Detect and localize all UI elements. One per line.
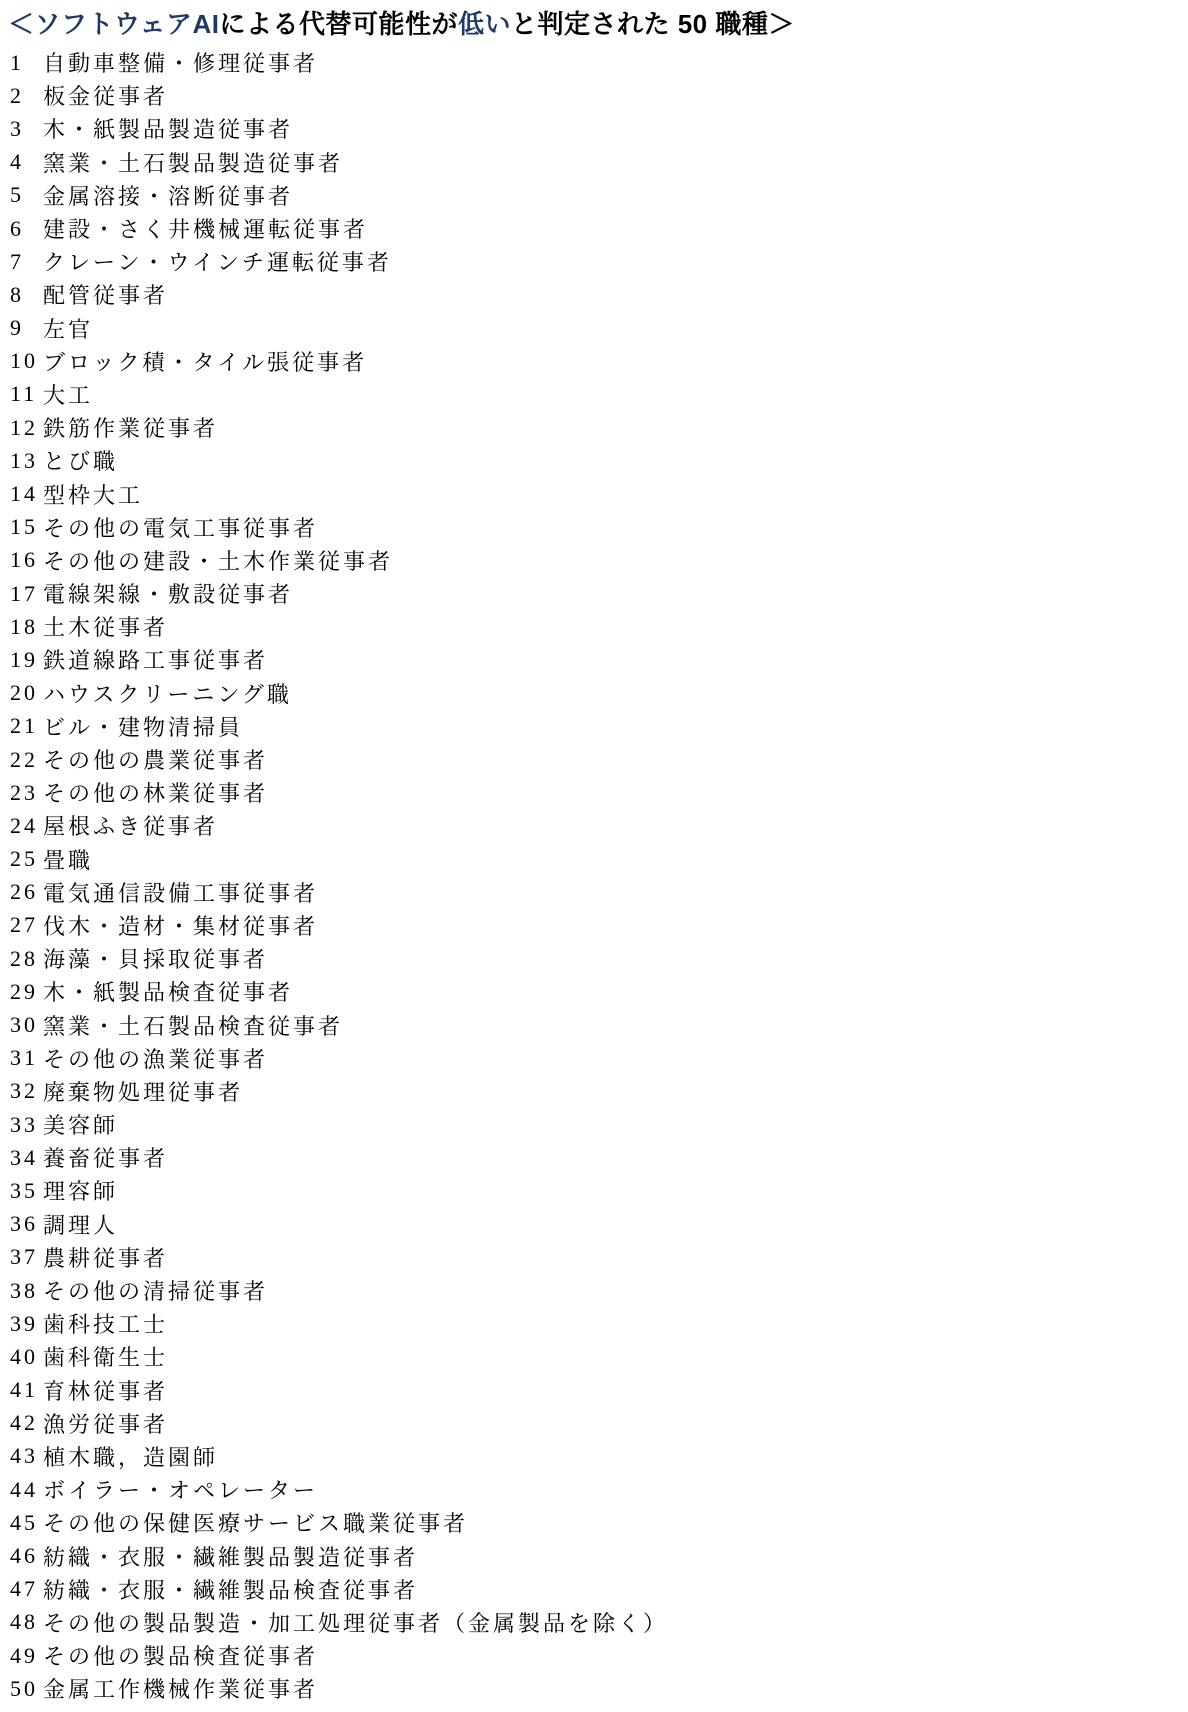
list-item: 9 左官 (8, 312, 1188, 345)
list-item: 32 廃棄物処理従事者 (8, 1075, 1188, 1108)
list-item: 7 クレーン・ウインチ運転従事者 (8, 245, 1188, 278)
item-number: 39 (8, 1311, 43, 1337)
item-label: 鉄筋作業従事者 (43, 412, 218, 443)
item-number: 10 (8, 348, 43, 374)
list-item: 8 配管従事者 (8, 278, 1188, 311)
item-number: 44 (8, 1477, 43, 1503)
item-number: 3 (8, 116, 43, 142)
item-number: 27 (8, 912, 43, 938)
document-page: ＜ソフトウェアAIによる代替可能性が低いと判定された 50 職種＞ 1 自動車整… (0, 0, 1188, 1712)
item-label: 植木職，造園師 (43, 1441, 218, 1472)
list-item: 35 理容師 (8, 1174, 1188, 1207)
item-label: 型枠大工 (43, 479, 143, 510)
item-label: 歯科技工士 (43, 1308, 168, 1339)
list-item: 23 その他の林業従事者 (8, 776, 1188, 809)
list-item: 50 金属工作機械作業従事者 (8, 1672, 1188, 1705)
list-item: 27 伐木・造材・集材従事者 (8, 909, 1188, 942)
item-number: 31 (8, 1045, 43, 1071)
item-number: 5 (8, 182, 43, 208)
item-number: 4 (8, 149, 43, 175)
item-label: 配管従事者 (43, 279, 168, 310)
item-label: その他の建設・土木作業従事者 (43, 545, 393, 576)
list-item: 22 その他の農業従事者 (8, 743, 1188, 776)
item-label: とび職 (43, 445, 118, 476)
item-label: 調理人 (43, 1209, 118, 1240)
item-number: 7 (8, 249, 43, 275)
item-label: 自動車整備・修理従事者 (43, 47, 318, 78)
list-item: 12 鉄筋作業従事者 (8, 411, 1188, 444)
title-segment: と判定された 50 職種＞ (511, 9, 795, 39)
item-label: 建設・さく井機械運転従事者 (43, 213, 368, 244)
item-label: 紡織・衣服・繊維製品製造従事者 (43, 1541, 418, 1572)
list-item: 5 金属溶接・溶断従事者 (8, 179, 1188, 212)
list-item: 4 窯業・土石製品製造従事者 (8, 146, 1188, 179)
list-item: 24 屋根ふき従事者 (8, 809, 1188, 842)
list-item: 31 その他の漁業従事者 (8, 1042, 1188, 1075)
item-label: ハウスクリーニング職 (43, 678, 292, 709)
list-item: 48 その他の製品製造・加工処理従事者（金属製品を除く） (8, 1606, 1188, 1639)
list-item: 34 養畜従事者 (8, 1141, 1188, 1174)
item-number: 20 (8, 680, 43, 706)
list-item: 2 板金従事者 (8, 79, 1188, 112)
item-number: 35 (8, 1178, 43, 1204)
item-number: 19 (8, 647, 43, 673)
item-label: 海藻・貝採取従事者 (43, 943, 268, 974)
item-number: 28 (8, 946, 43, 972)
item-label: その他の製品製造・加工処理従事者（金属製品を除く） (43, 1607, 668, 1638)
item-number: 23 (8, 780, 43, 806)
occupation-list: 1 自動車整備・修理従事者 2 板金従事者 3 木・紙製品製造従事者 4 窯業・… (8, 46, 1188, 1705)
item-number: 8 (8, 282, 43, 308)
list-item: 21 ビル・建物清掃員 (8, 710, 1188, 743)
list-item: 26 電気通信設備工事従事者 (8, 876, 1188, 909)
item-number: 43 (8, 1443, 43, 1469)
item-number: 45 (8, 1510, 43, 1536)
item-number: 32 (8, 1078, 43, 1104)
list-item: 29 木・紙製品検査従事者 (8, 975, 1188, 1008)
list-item: 20 ハウスクリーニング職 (8, 677, 1188, 710)
item-label: ボイラー・オペレーター (43, 1474, 318, 1505)
list-item: 46 紡織・衣服・繊維製品製造従事者 (8, 1539, 1188, 1572)
list-item: 15 その他の電気工事従事者 (8, 511, 1188, 544)
item-number: 38 (8, 1278, 43, 1304)
item-number: 41 (8, 1377, 43, 1403)
item-label: 養畜従事者 (43, 1142, 168, 1173)
list-item: 10 ブロック積・タイル張従事者 (8, 345, 1188, 378)
list-item: 18 土木従事者 (8, 610, 1188, 643)
item-number: 46 (8, 1543, 43, 1569)
item-number: 33 (8, 1112, 43, 1138)
item-label: 金属溶接・溶断従事者 (43, 180, 293, 211)
item-label: 木・紙製品検査従事者 (43, 976, 293, 1007)
list-item: 1 自動車整備・修理従事者 (8, 46, 1188, 79)
list-item: 45 その他の保健医療サービス職業従事者 (8, 1506, 1188, 1539)
list-item: 38 その他の清掃従事者 (8, 1274, 1188, 1307)
item-number: 6 (8, 216, 43, 242)
title-segment: 低い (458, 9, 511, 39)
item-number: 1 (8, 50, 43, 76)
page-title: ＜ソフトウェアAIによる代替可能性が低いと判定された 50 職種＞ (8, 8, 1188, 40)
list-item: 28 海藻・貝採取従事者 (8, 942, 1188, 975)
list-item: 14 型枠大工 (8, 477, 1188, 510)
list-item: 36 調理人 (8, 1208, 1188, 1241)
item-number: 50 (8, 1676, 43, 1702)
item-label: 鉄道線路工事従事者 (43, 644, 268, 675)
item-number: 48 (8, 1609, 43, 1635)
item-label: その他の清掃従事者 (43, 1275, 268, 1306)
item-number: 29 (8, 979, 43, 1005)
list-item: 11 大工 (8, 378, 1188, 411)
item-label: 畳職 (43, 844, 93, 875)
item-label: 屋根ふき従事者 (43, 810, 218, 841)
item-number: 2 (8, 83, 43, 109)
item-label: 土木従事者 (43, 611, 168, 642)
item-label: クレーン・ウインチ運転従事者 (43, 246, 392, 277)
item-number: 24 (8, 813, 43, 839)
list-item: 43 植木職，造園師 (8, 1440, 1188, 1473)
item-label: 電気通信設備工事従事者 (43, 877, 318, 908)
item-label: 歯科衛生士 (43, 1341, 168, 1372)
item-label: 金属工作機械作業従事者 (43, 1673, 318, 1704)
list-item: 30 窯業・土石製品検査従事者 (8, 1008, 1188, 1041)
list-item: 41 育林従事者 (8, 1374, 1188, 1407)
title-segment: ＜ソフトウェアAI (8, 9, 219, 39)
item-number: 11 (8, 381, 43, 407)
list-item: 42 漁労従事者 (8, 1407, 1188, 1440)
item-number: 40 (8, 1344, 43, 1370)
item-number: 26 (8, 879, 43, 905)
item-number: 9 (8, 315, 43, 341)
item-label: その他の保健医療サービス職業従事者 (43, 1507, 468, 1538)
item-number: 16 (8, 547, 43, 573)
item-label: 窯業・土石製品検査従事者 (43, 1010, 343, 1041)
list-item: 16 その他の建設・土木作業従事者 (8, 544, 1188, 577)
item-number: 12 (8, 415, 43, 441)
item-number: 49 (8, 1643, 43, 1669)
item-label: 漁労従事者 (43, 1408, 168, 1439)
item-number: 37 (8, 1244, 43, 1270)
item-label: 美容師 (43, 1109, 118, 1140)
title-segment: による代替可能性が (219, 9, 458, 39)
item-label: ブロック積・タイル張従事者 (43, 346, 367, 377)
item-label: 理容師 (43, 1175, 118, 1206)
item-label: 木・紙製品製造従事者 (43, 113, 293, 144)
item-number: 36 (8, 1211, 43, 1237)
list-item: 13 とび職 (8, 444, 1188, 477)
item-number: 21 (8, 713, 43, 739)
item-number: 15 (8, 514, 43, 540)
item-label: その他の製品検査従事者 (43, 1640, 318, 1671)
item-number: 13 (8, 448, 43, 474)
list-item: 33 美容師 (8, 1108, 1188, 1141)
item-label: 伐木・造材・集材従事者 (43, 910, 318, 941)
item-label: その他の電気工事従事者 (43, 512, 318, 543)
list-item: 39 歯科技工士 (8, 1307, 1188, 1340)
item-label: ビル・建物清掃員 (43, 711, 243, 742)
list-item: 49 その他の製品検査従事者 (8, 1639, 1188, 1672)
item-label: 電線架線・敷設従事者 (43, 578, 293, 609)
list-item: 40 歯科衛生士 (8, 1340, 1188, 1373)
item-number: 42 (8, 1410, 43, 1436)
item-label: 左官 (43, 313, 93, 344)
item-number: 18 (8, 614, 43, 640)
item-label: 板金従事者 (43, 80, 168, 111)
item-number: 47 (8, 1576, 43, 1602)
item-label: その他の農業従事者 (43, 744, 268, 775)
item-label: その他の漁業従事者 (43, 1043, 268, 1074)
list-item: 6 建設・さく井機械運転従事者 (8, 212, 1188, 245)
list-item: 3 木・紙製品製造従事者 (8, 112, 1188, 145)
item-number: 14 (8, 481, 43, 507)
list-item: 19 鉄道線路工事従事者 (8, 643, 1188, 676)
item-number: 22 (8, 747, 43, 773)
list-item: 37 農耕従事者 (8, 1241, 1188, 1274)
item-label: 大工 (43, 379, 93, 410)
list-item: 25 畳職 (8, 843, 1188, 876)
item-label: 育林従事者 (43, 1375, 168, 1406)
item-label: 紡織・衣服・繊維製品検査従事者 (43, 1574, 418, 1605)
item-label: その他の林業従事者 (43, 777, 268, 808)
list-item: 47 紡織・衣服・繊維製品検査従事者 (8, 1573, 1188, 1606)
item-label: 農耕従事者 (43, 1242, 168, 1273)
list-item: 44 ボイラー・オペレーター (8, 1473, 1188, 1506)
item-number: 34 (8, 1145, 43, 1171)
item-number: 17 (8, 581, 43, 607)
list-item: 17 電線架線・敷設従事者 (8, 577, 1188, 610)
item-label: 廃棄物処理従事者 (43, 1076, 243, 1107)
item-label: 窯業・土石製品製造従事者 (43, 147, 343, 178)
item-number: 30 (8, 1012, 43, 1038)
item-number: 25 (8, 846, 43, 872)
